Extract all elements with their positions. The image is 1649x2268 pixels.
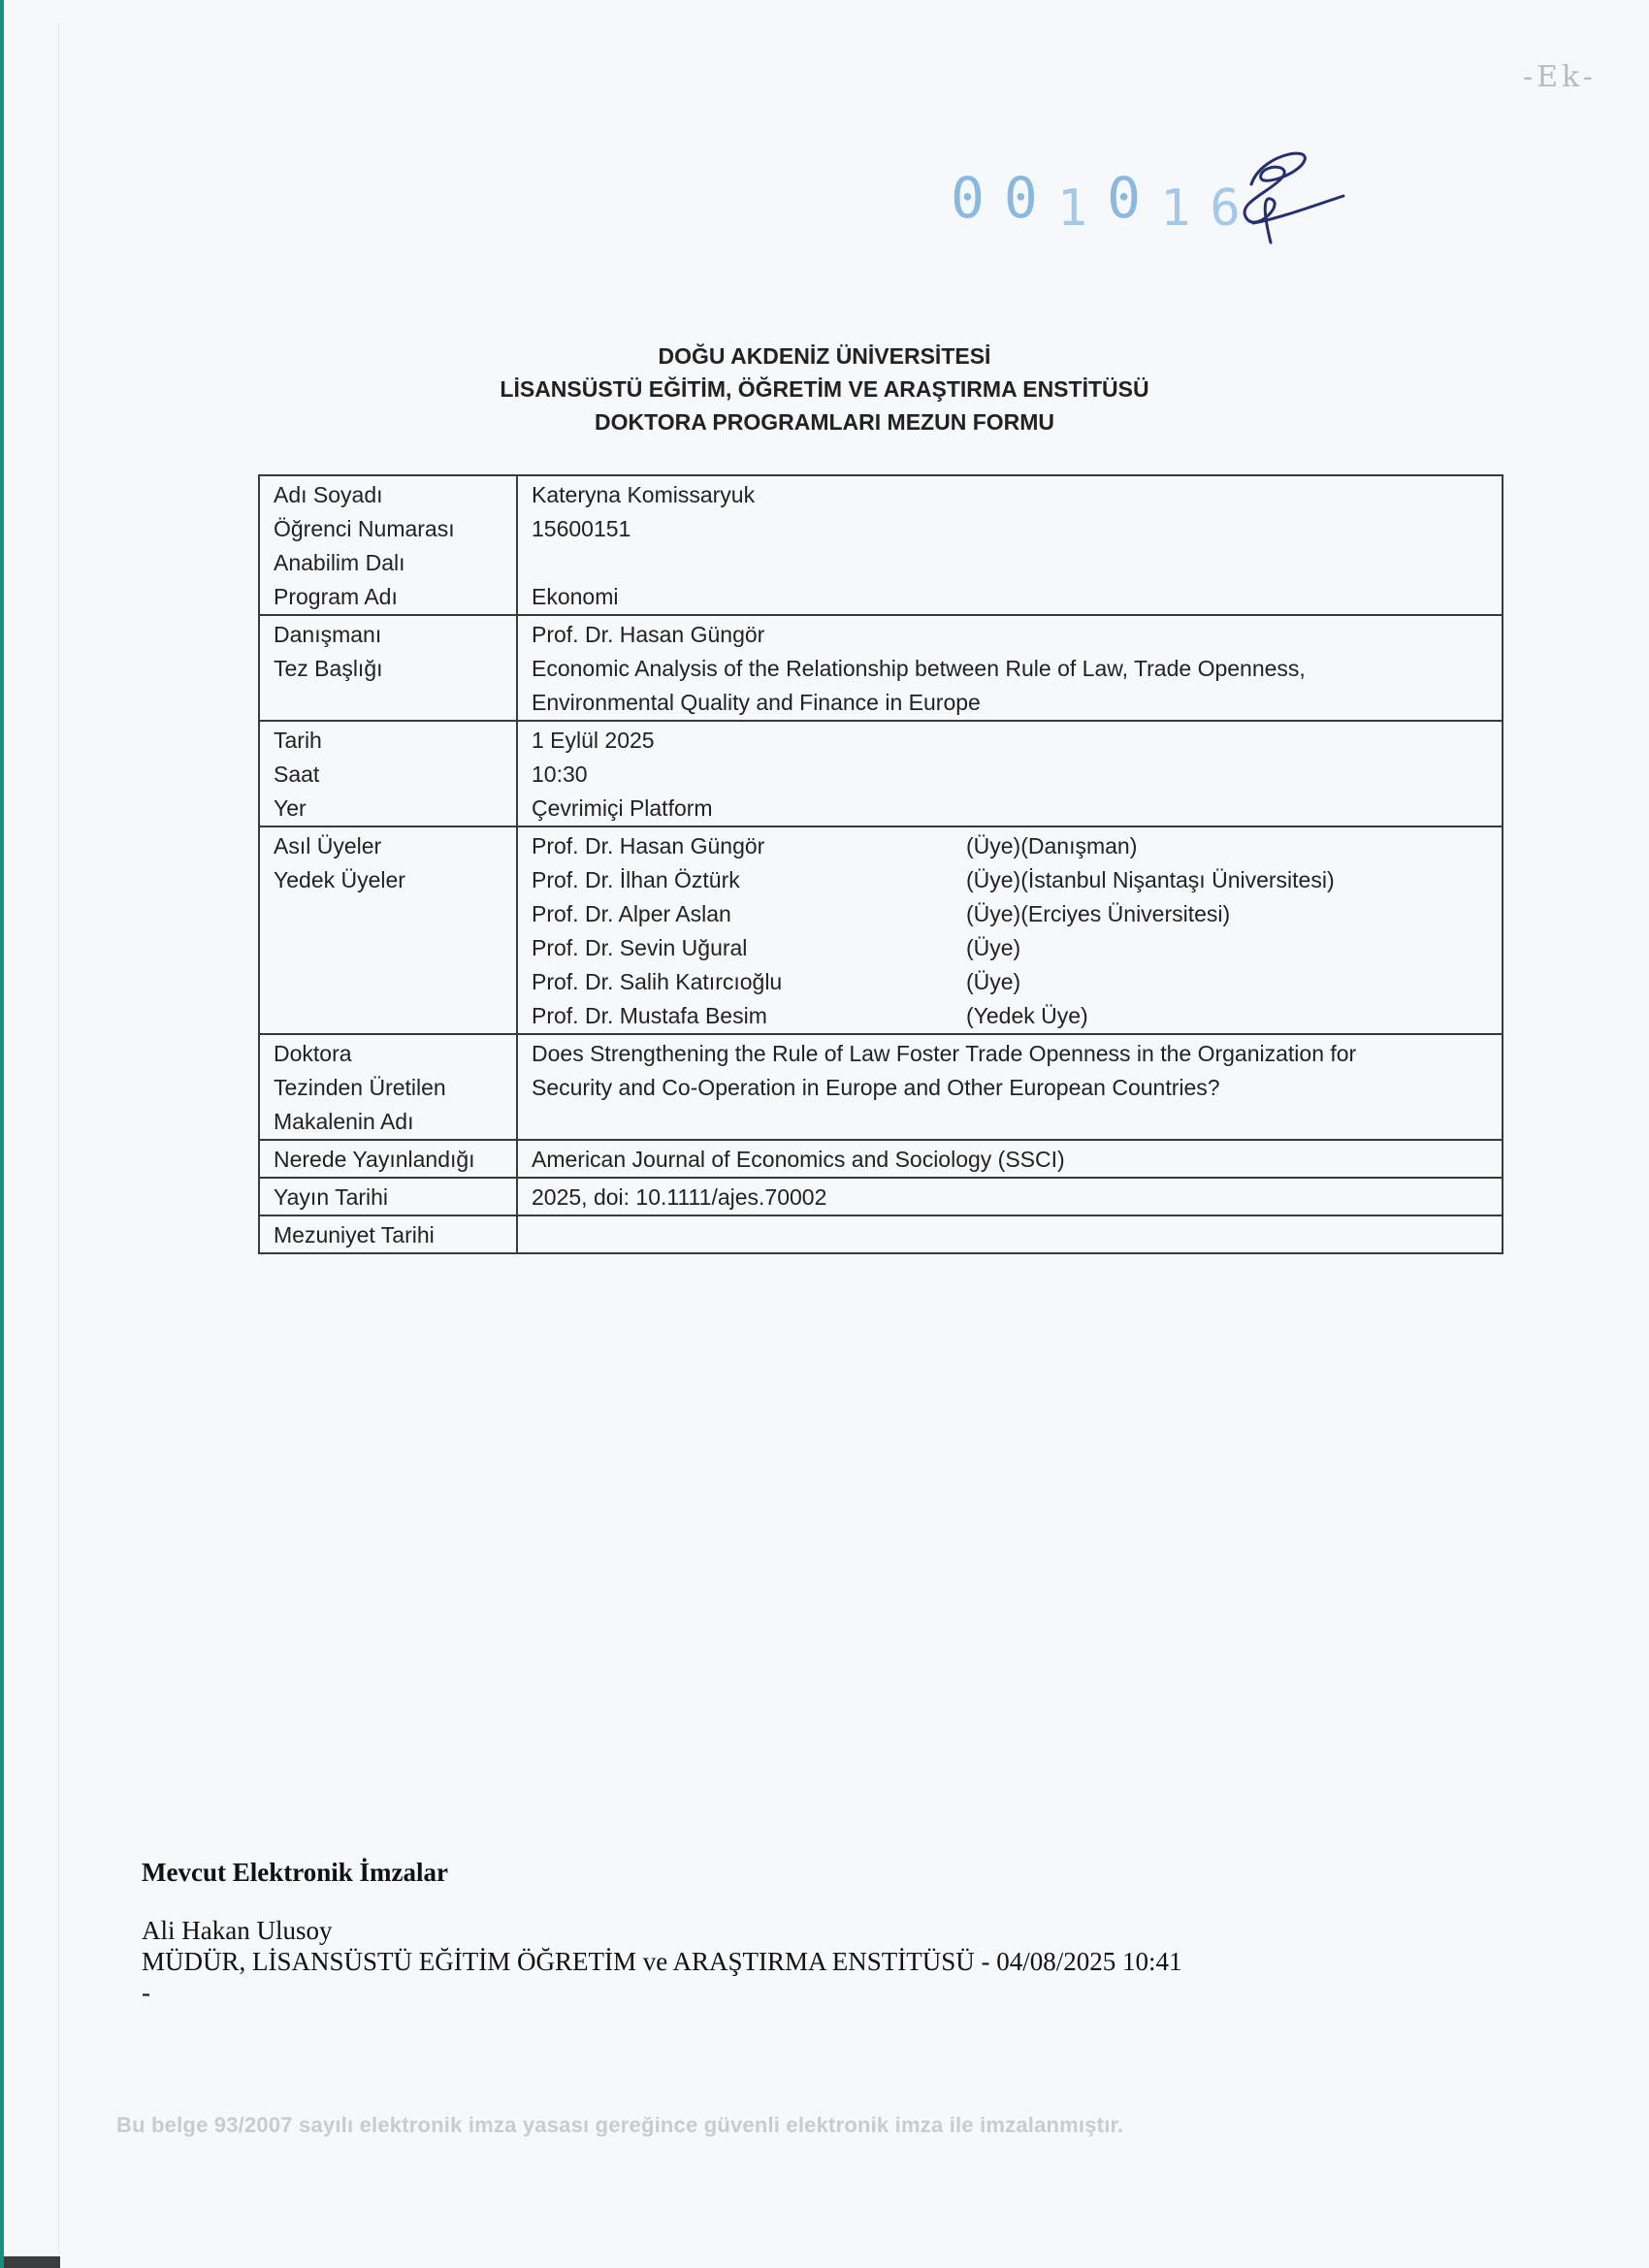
label-name: Adı Soyadı <box>274 478 516 512</box>
label-article-1: Doktora <box>274 1037 516 1071</box>
registry-number-stamp: 001016 <box>951 165 1260 231</box>
value-graduation-date <box>532 1218 1502 1252</box>
value-date: 1 Eylül 2025 <box>532 724 1502 758</box>
label-graduation-date: Mezuniyet Tarihi <box>274 1218 516 1252</box>
value-advisor: Prof. Dr. Hasan Güngör <box>532 618 1502 652</box>
electronic-signatures: Mevcut Elektronik İmzalar Ali Hakan Ulus… <box>142 1858 1182 2008</box>
value-thesis-title-2: Environmental Quality and Finance in Eur… <box>532 686 1502 720</box>
empty-line <box>532 1105 1502 1139</box>
label-program: Program Adı <box>274 580 516 614</box>
value-time: 10:30 <box>532 758 1502 792</box>
label-article-2: Tezinden Üretilen <box>274 1071 516 1105</box>
jury-member: Prof. Dr. İlhan Öztürk(Üye)(İstanbul Niş… <box>532 863 1502 897</box>
label-main-members: Asıl Üyeler <box>274 829 516 863</box>
jury-member: Prof. Dr. Hasan Güngör(Üye)(Danışman) <box>532 829 1502 863</box>
table-row-article: Doktora Tezinden Üretilen Makalenin Adı … <box>259 1034 1503 1140</box>
institute-name: LİSANSÜSTÜ EĞİTİM, ÖĞRETİM VE ARAŞTIRMA … <box>0 373 1649 405</box>
table-row-published-in: Nerede Yayınlandığı American Journal of … <box>259 1140 1503 1178</box>
signature-trailing: - <box>142 1977 1182 2008</box>
jury-member: Prof. Dr. Alper Aslan(Üye)(Erciyes Ünive… <box>532 897 1502 931</box>
handwritten-initials-icon <box>1232 146 1358 252</box>
table-row-thesis: Danışmanı Tez Başlığı Prof. Dr. Hasan Gü… <box>259 615 1503 721</box>
table-row-graduation-date: Mezuniyet Tarihi <box>259 1215 1503 1253</box>
signer-name: Ali Hakan Ulusoy <box>142 1915 1182 1946</box>
stamp-digit: 0 <box>1107 165 1160 231</box>
value-program: Ekonomi <box>532 580 1502 614</box>
label-date: Tarih <box>274 724 516 758</box>
signer-role: MÜDÜR, LİSANSÜSTÜ EĞİTİM ÖĞRETİM ve ARAŞ… <box>142 1946 1182 1977</box>
value-publication-date: 2025, doi: 10.1111/ajes.70002 <box>532 1181 1502 1215</box>
scan-bottom-block <box>4 2256 60 2268</box>
table-row-jury: Asıl Üyeler Yedek Üyeler Prof. Dr. Hasan… <box>259 826 1503 1034</box>
value-article-title-2: Security and Co-Operation in Europe and … <box>532 1071 1502 1105</box>
university-name: DOĞU AKDENİZ ÜNİVERSİTESİ <box>0 340 1649 373</box>
graduate-form-table: Adı Soyadı Öğrenci Numarası Anabilim Dal… <box>258 474 1503 1254</box>
stamp-digit: 0 <box>951 165 1004 231</box>
e-signature-legal-note: Bu belge 93/2007 sayılı elektronik imza … <box>116 2113 1123 2138</box>
label-published-in: Nerede Yayınlandığı <box>274 1143 516 1177</box>
label-time: Saat <box>274 758 516 792</box>
stamp-digit: 0 <box>1004 165 1057 231</box>
form-title: DOKTORA PROGRAMLARI MEZUN FORMU <box>0 405 1649 438</box>
table-row-defense: Tarih Saat Yer 1 Eylül 2025 10:30 Çevrim… <box>259 721 1503 826</box>
jury-member: Prof. Dr. Salih Katırcıoğlu(Üye) <box>532 965 1502 999</box>
value-name: Kateryna Komissaryuk <box>532 478 1502 512</box>
label-place: Yer <box>274 792 516 826</box>
table-row-student: Adı Soyadı Öğrenci Numarası Anabilim Dal… <box>259 475 1503 615</box>
table-row-publication-date: Yayın Tarihi 2025, doi: 10.1111/ajes.700… <box>259 1178 1503 1215</box>
value-student-number: 15600151 <box>532 512 1502 546</box>
label-department: Anabilim Dalı <box>274 546 516 580</box>
label-thesis-title: Tez Başlığı <box>274 652 516 686</box>
label-article-3: Makalenin Adı <box>274 1105 516 1139</box>
value-published-in: American Journal of Economics and Sociol… <box>532 1143 1502 1177</box>
stamp-digit: 1 <box>1057 179 1107 238</box>
value-department <box>532 546 1502 580</box>
value-article-title-1: Does Strengthening the Rule of Law Foste… <box>532 1037 1502 1071</box>
corner-pencil-mark: -Ek- <box>1523 60 1597 94</box>
signatures-title: Mevcut Elektronik İmzalar <box>142 1858 1182 1888</box>
label-advisor: Danışmanı <box>274 618 516 652</box>
jury-member: Prof. Dr. Mustafa Besim(Yedek Üye) <box>532 999 1502 1033</box>
stamp-digit: 1 <box>1160 179 1210 238</box>
label-substitute-members: Yedek Üyeler <box>274 863 516 897</box>
jury-member: Prof. Dr. Sevin Uğural(Üye) <box>532 931 1502 965</box>
label-publication-date: Yayın Tarihi <box>274 1181 516 1215</box>
value-thesis-title-1: Economic Analysis of the Relationship be… <box>532 652 1502 686</box>
label-student-number: Öğrenci Numarası <box>274 512 516 546</box>
value-place: Çevrimiçi Platform <box>532 792 1502 826</box>
document-header: DOĞU AKDENİZ ÜNİVERSİTESİ LİSANSÜSTÜ EĞİ… <box>0 340 1649 438</box>
